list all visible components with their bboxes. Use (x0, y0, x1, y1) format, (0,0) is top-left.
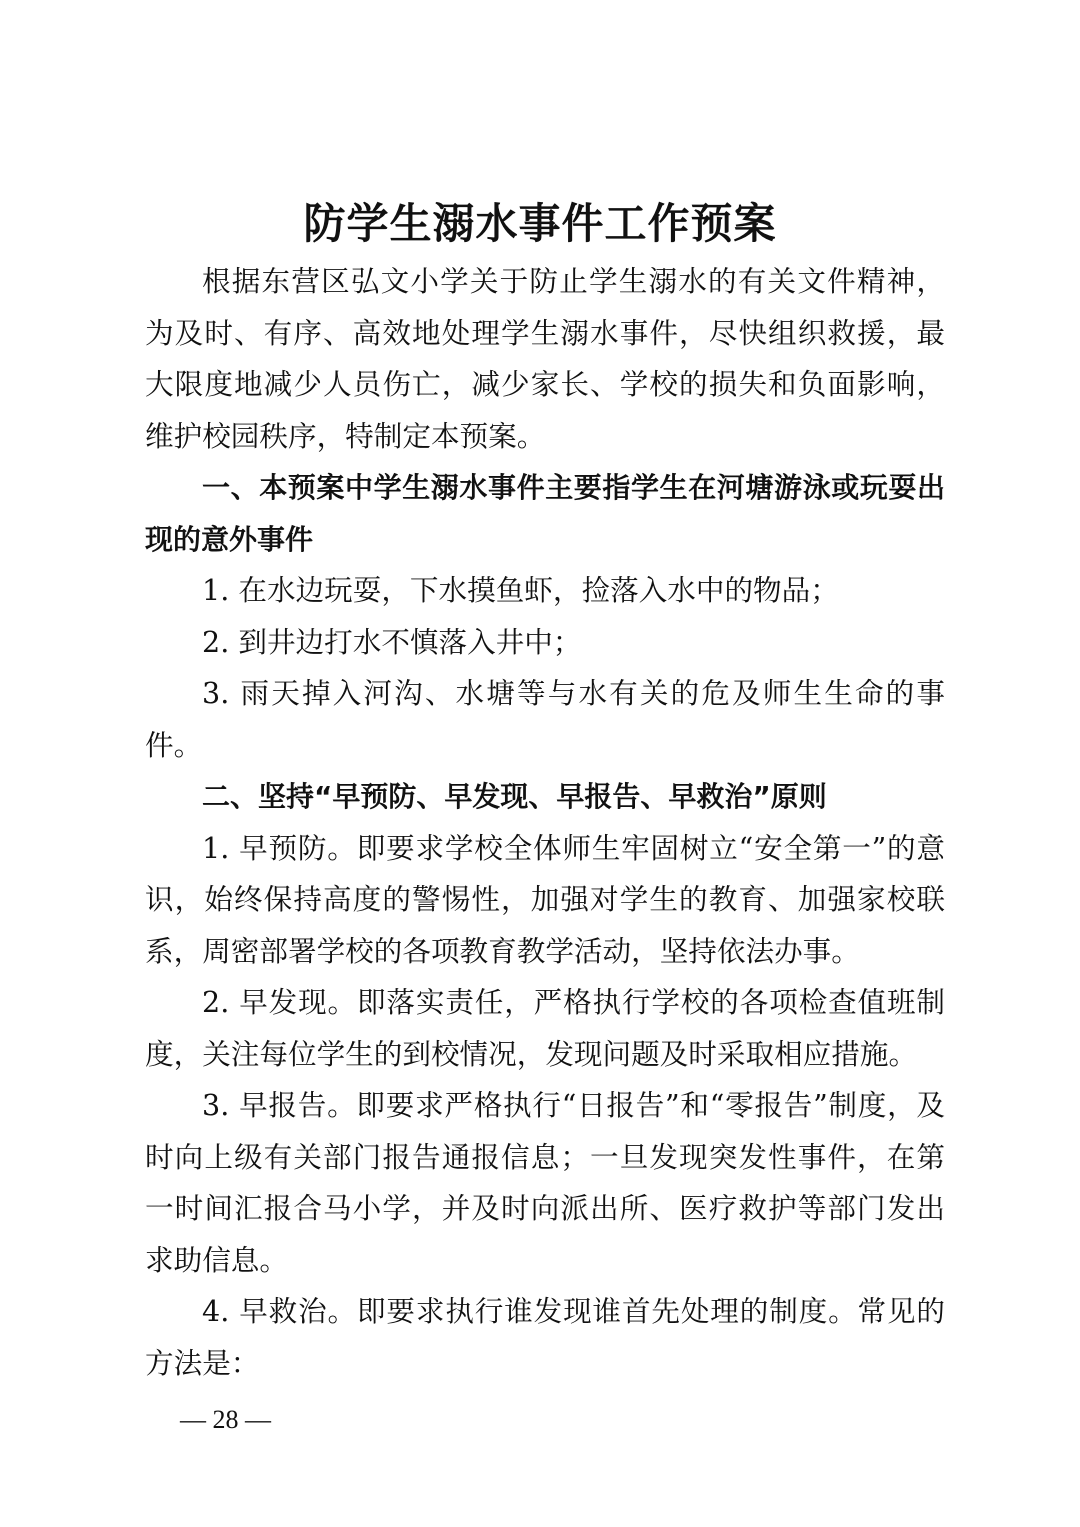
intro-paragraph: 根据东营区弘文小学关于防止学生溺水的有关文件精神，为及时、有序、高效地处理学生溺… (145, 256, 945, 462)
section-heading-2: 二、坚持“早预防、早发现、早报告、早救治”原则 (145, 771, 945, 823)
section-heading-1: 一、本预案中学生溺水事件主要指学生在河塘游泳或玩耍出现的意外事件 (145, 462, 945, 565)
list-item: 2. 到井边打水不慎落入井中； (145, 617, 945, 669)
principle-paragraph: 1. 早预防。即要求学校全体师生牢固树立“安全第一”的意识，始终保持高度的警惕性… (145, 823, 945, 978)
list-item: 1. 在水边玩耍，下水摸鱼虾，捡落入水中的物品； (145, 565, 945, 617)
principle-paragraph: 3. 早报告。即要求严格执行“日报告”和“零报告”制度，及时向上级有关部门报告通… (145, 1080, 945, 1286)
document-title: 防学生溺水事件工作预案 (0, 196, 1080, 252)
list-item: 3. 雨天掉入河沟、水塘等与水有关的危及师生生命的事件。 (145, 668, 945, 771)
document-body: 根据东营区弘文小学关于防止学生溺水的有关文件精神，为及时、有序、高效地处理学生溺… (145, 256, 945, 1389)
principle-paragraph: 4. 早救治。即要求执行谁发现谁首先处理的制度。常见的方法是： (145, 1286, 945, 1389)
principle-paragraph: 2. 早发现。即落实责任，严格执行学校的各项检查值班制度，关注每位学生的到校情况… (145, 977, 945, 1080)
document-page: 防学生溺水事件工作预案 根据东营区弘文小学关于防止学生溺水的有关文件精神，为及时… (0, 0, 1080, 1527)
page-number: — 28 — (180, 1405, 271, 1435)
